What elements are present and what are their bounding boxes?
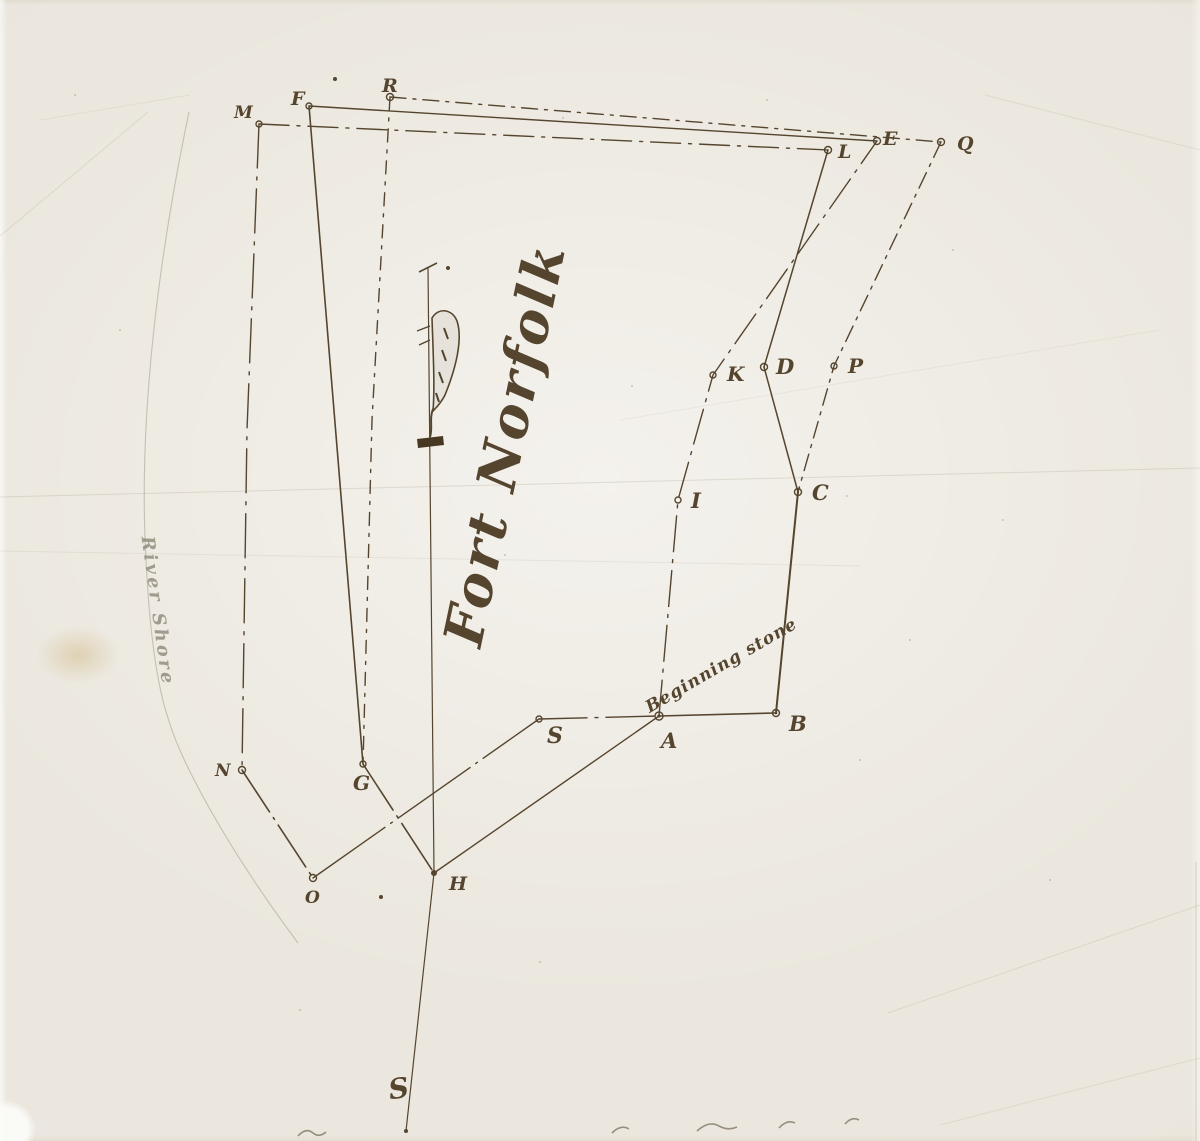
cutoff-writing [298, 1131, 326, 1136]
paper-crease [0, 112, 148, 236]
paper-speck [539, 961, 541, 963]
survey-map: MFRLEQKDPICSABNGOHFort NorfolkRiver Shor… [0, 0, 1200, 1141]
station-label-H: H [448, 873, 468, 895]
station-label-K: K [726, 362, 746, 386]
survey-line-C-D [764, 367, 798, 492]
station-label-E: E [882, 128, 898, 150]
survey-line-D-L [764, 150, 828, 367]
paper-crease [40, 95, 190, 120]
ink-dot [446, 266, 450, 270]
station-label-S: S [547, 723, 563, 749]
station-label-D: D [775, 354, 795, 379]
station-label-N: N [214, 761, 232, 781]
paper-crease [0, 468, 1200, 497]
paper-speck [909, 639, 911, 641]
paper-crease [620, 330, 1160, 420]
station-label-L: L [837, 141, 851, 163]
paper-speck [952, 249, 954, 251]
survey-line-M-N [242, 124, 259, 770]
station-marker-I [675, 497, 681, 503]
station-label-G: G [353, 771, 370, 795]
station-label-I: I [690, 488, 702, 513]
station-label-O: O [305, 888, 320, 908]
station-label-A: A [659, 728, 677, 753]
paper-speck [766, 99, 768, 101]
annotation-south-letter: S [386, 1071, 411, 1106]
survey-line-O-S [313, 719, 539, 878]
annotation-river-shore: River Shore [136, 534, 178, 688]
survey-plat-image: MFRLEQKDPICSABNGOHFort NorfolkRiver Shor… [0, 0, 1200, 1141]
river-shoreline-sketch [144, 112, 298, 943]
paper-speck [504, 554, 506, 556]
survey-line-R-G [363, 97, 390, 764]
cutoff-writing [697, 1124, 737, 1131]
paper-crease [888, 905, 1200, 1013]
paper-speck [119, 329, 121, 331]
station-label-F: F [290, 88, 306, 110]
paper-speck [299, 1009, 301, 1011]
station-label-C: C [812, 480, 829, 505]
flagpole-detail [430, 409, 433, 437]
ink-dot [404, 1129, 408, 1133]
survey-line-R-Q [390, 97, 941, 142]
station-label-P: P [847, 354, 864, 378]
station-label-M: M [233, 103, 254, 123]
paper-crease [985, 95, 1200, 150]
paper-crease [940, 1058, 1200, 1125]
ink-dot [379, 895, 383, 899]
paper-speck [74, 94, 76, 96]
survey-line-B-C [776, 492, 798, 713]
paper-speck [1002, 519, 1004, 521]
flagpole-base [417, 436, 444, 448]
cutoff-writing [612, 1127, 629, 1133]
station-marker-inner-A [657, 714, 660, 717]
paper-crease [0, 551, 860, 566]
station-label-R: R [381, 75, 398, 97]
survey-line-F-G [309, 106, 363, 764]
paper-speck [846, 495, 848, 497]
paper-speck [631, 385, 633, 387]
survey-line-F-E [309, 106, 877, 141]
ink-dot [333, 77, 337, 81]
station-label-Q: Q [957, 133, 974, 155]
paper-speck [859, 759, 861, 761]
survey-line-meridian [406, 268, 434, 1131]
station-marker-inner-B [775, 712, 778, 715]
survey-line-N-O [242, 770, 313, 878]
survey-line-S-A [539, 716, 659, 719]
station-marker-H [431, 870, 437, 876]
survey-line-A-B [659, 713, 776, 716]
paper-speck [562, 117, 564, 119]
paper-speck [1049, 879, 1051, 881]
station-label-B: B [788, 711, 807, 736]
annotation-fort-norfolk: Fort Norfolk [430, 237, 578, 654]
cutoff-writing [845, 1119, 859, 1124]
cutoff-writing [779, 1122, 795, 1128]
survey-line-Q-P-C [798, 142, 941, 492]
survey-line-M-L [259, 124, 828, 150]
